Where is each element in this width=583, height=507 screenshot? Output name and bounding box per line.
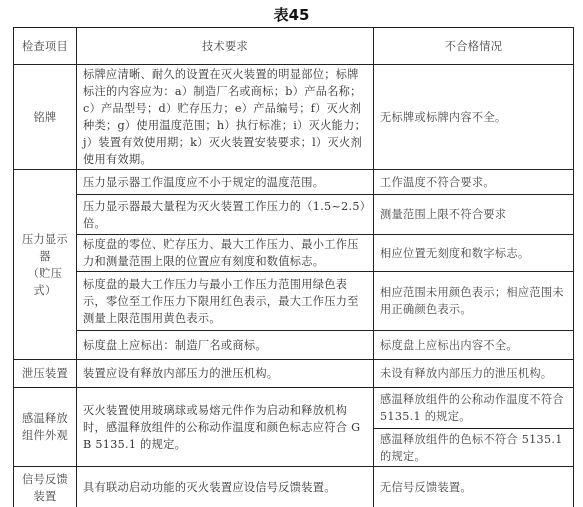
item-line: 压力显示器 xyxy=(20,231,70,265)
failure-cell: 无标牌或标牌内容不全。 xyxy=(374,65,574,170)
item-line: 感温释放 xyxy=(20,410,70,427)
header-item: 检查项目 xyxy=(14,28,77,65)
requirement-cell: 标度盘的零位、贮存压力、最大工作压力、最小工作压力和测量范围上限的位置应有刻度和… xyxy=(77,235,374,272)
requirement-cell: 灭火装置使用玻璃球或易熔元件作为启动和释放机构时，感温释放组件的公称动作温度和颜… xyxy=(77,388,374,467)
requirement-cell: 标度盘的最大工作压力与最小工作压力范围用绿色表示，零位至工作压力下限用红色表示，… xyxy=(77,272,374,331)
item-line: （贮压式） xyxy=(20,265,70,299)
requirement-cell: 标牌应清晰、耐久的设置在灭火装置的明显部位；标牌标注的内容应为：a）制造厂名或商… xyxy=(77,65,374,170)
failure-cell: 未设有释放内部压力的泄压机构。 xyxy=(374,360,574,388)
requirement-cell: 装置应设有释放内部压力的泄压机构。 xyxy=(77,360,374,388)
requirement-cell: 标度盘上应标出：制造厂名或商标。 xyxy=(77,331,374,360)
item-cell: 铭牌 xyxy=(14,65,77,170)
header-requirement: 技术要求 xyxy=(77,28,374,65)
failure-cell: 标度盘上应标出内容不全。 xyxy=(374,331,574,360)
failure-cell: 工作温度不符合要求。 xyxy=(374,170,574,195)
item-line: 信号反馈 xyxy=(20,471,70,488)
item-line: 装置 xyxy=(20,488,70,505)
failure-cell: 测量范围上限不符合要求 xyxy=(374,195,574,235)
requirement-cell: 压力显示器最大量程为灭火装置工作压力的（1.5~2.5）倍。 xyxy=(77,195,374,235)
header-failure: 不合格情况 xyxy=(374,28,574,65)
item-cell-pressure: 压力显示器 （贮压式） xyxy=(14,170,77,360)
table-row-pressure-3: 标度盘的零位、贮存压力、最大工作压力、最小工作压力和测量范围上限的位置应有刻度和… xyxy=(14,235,574,272)
failure-cell: 相应范围未用颜色表示；相应范围未用正确颜色表示。 xyxy=(374,272,574,331)
header-row: 检查项目 技术要求 不合格情况 xyxy=(14,28,574,65)
table-row-pressure-2: 压力显示器最大量程为灭火装置工作压力的（1.5~2.5）倍。 测量范围上限不符合… xyxy=(14,195,574,235)
table-title: 表45 xyxy=(0,4,583,25)
table-row-pressure-4: 标度盘的最大工作压力与最小工作压力范围用绿色表示，零位至工作压力下限用红色表示，… xyxy=(14,272,574,331)
table-row-nameplate: 铭牌 标牌应清晰、耐久的设置在灭火装置的明显部位；标牌标注的内容应为：a）制造厂… xyxy=(14,65,574,170)
item-cell-signal: 信号反馈 装置 xyxy=(14,467,77,507)
inspection-table: 检查项目 技术要求 不合格情况 铭牌 标牌应清晰、耐久的设置在灭火装置的明显部位… xyxy=(13,27,574,507)
item-cell: 泄压装置 xyxy=(14,360,77,388)
item-line: 组件外观 xyxy=(20,427,70,444)
table-row-pressure-5: 标度盘上应标出：制造厂名或商标。 标度盘上应标出内容不全。 xyxy=(14,331,574,360)
requirement-cell: 压力显示器工作温度应不小于规定的温度范围。 xyxy=(77,170,374,195)
failure-cell: 相应位置无刻度和数字标志。 xyxy=(374,235,574,272)
requirement-cell: 具有联动启动功能的灭火装置应设信号反馈装置。 xyxy=(77,467,374,507)
failure-cell: 感温释放组件的色标不符合 5135.1 的规定。 xyxy=(374,429,574,467)
table-row-pressure-1: 压力显示器 （贮压式） 压力显示器工作温度应不小于规定的温度范围。 工作温度不符… xyxy=(14,170,574,195)
table-row-signal: 信号反馈 装置 具有联动启动功能的灭火装置应设信号反馈装置。 无信号反馈装置。 xyxy=(14,467,574,507)
table-row-thermal-1: 感温释放 组件外观 灭火装置使用玻璃球或易熔元件作为启动和释放机构时，感温释放组… xyxy=(14,388,574,429)
failure-cell: 无信号反馈装置。 xyxy=(374,467,574,507)
table-row-relief: 泄压装置 装置应设有释放内部压力的泄压机构。 未设有释放内部压力的泄压机构。 xyxy=(14,360,574,388)
failure-cell: 感温释放组件的公称动作温度不符合 5135.1 的规定。 xyxy=(374,388,574,429)
item-cell-thermal: 感温释放 组件外观 xyxy=(14,388,77,467)
